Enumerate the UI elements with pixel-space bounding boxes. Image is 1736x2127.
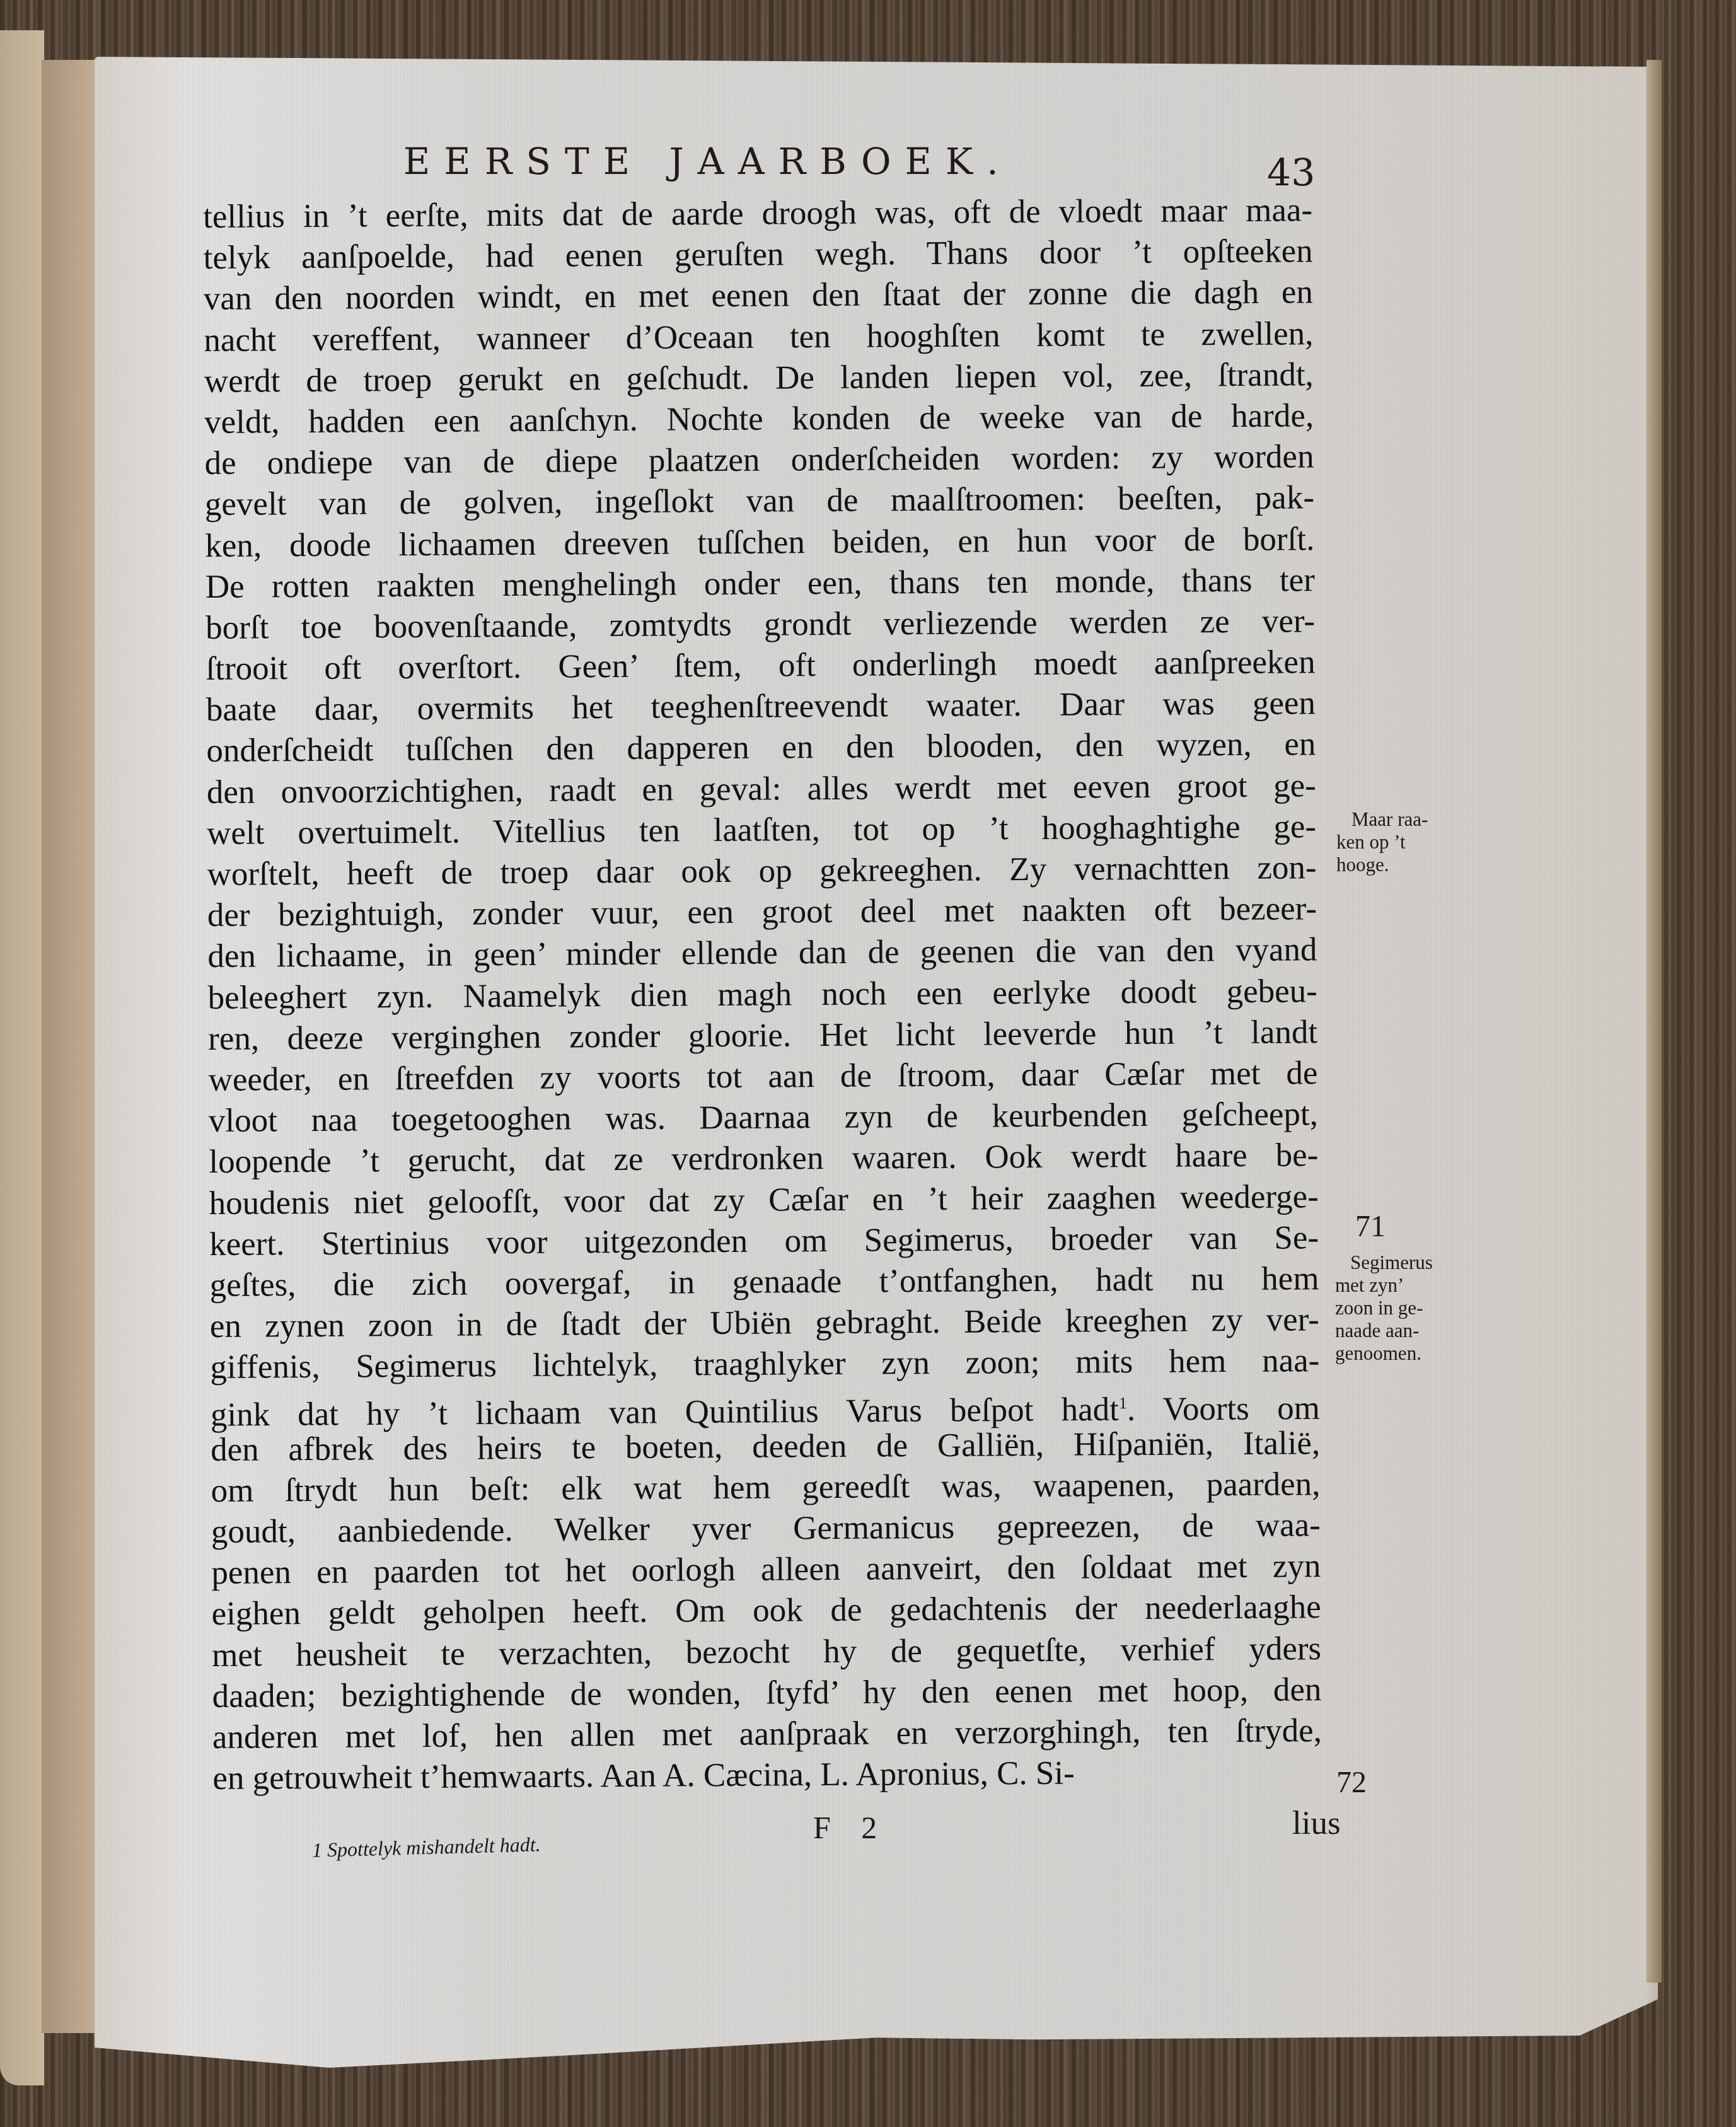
text-line: gevelt van de golven, ingeſlokt van de m… [205,478,1314,526]
text-line: de ondiepe van de diepe plaatzen onderſc… [204,436,1314,484]
text-line: den onvoorzichtighen, raadt en geval: al… [207,765,1316,813]
text-line: vloot naa toegetooghen was. Daarnaa zyn … [209,1094,1318,1142]
margin-note-line: naade aan- [1335,1319,1433,1342]
text-line: veldt, hadden een aanſchyn. Nochte konde… [204,395,1314,443]
text-line: daaden; bezightighende de wonden, ſtyfd’… [212,1669,1321,1717]
text-line: houdenis niet geloofſt, voor dat zy Cæſa… [209,1176,1319,1224]
text-line: en getrouwheit t’hemwaarts. Aan A. Cæcin… [212,1751,1322,1799]
text-line: worſtelt, heeft de troep daar ook op gek… [207,847,1316,895]
text-line: nacht vereffent, wanneer d’Oceaan ten ho… [204,313,1313,361]
text-line: den afbrek des heirs te boeten, deeden d… [211,1423,1320,1471]
margin-note-line: ken op ’t [1336,831,1428,854]
margin-note-line: Maar raa- [1336,808,1428,831]
text-line: telyk aanſpoelde, had eenen geruſten weg… [203,231,1312,279]
text-line: tellius in ’t eerſte, mits dat de aarde … [203,190,1312,238]
text-line: welt overtuimelt. Vitellius ten laatſten… [207,806,1316,854]
text-line: ſtrooit oft overſtort. Geen’ ſtem, oft o… [205,642,1315,690]
text-line: werdt de troep gerukt en geſchudt. De la… [204,354,1314,402]
text-line: baate daar, overmits het teeghenſtreeven… [206,683,1316,731]
catchword: lius [1292,1804,1341,1842]
chapter-number: 72 [1336,1765,1367,1800]
text-line: borſt toe boovenſtaande, zomtydts grondt… [205,601,1315,649]
margin-note: Maar raa- ken op ’t hooge. [1336,808,1428,876]
running-title: EERSTE JAARBOEK. [403,140,1286,183]
page-fore-edge [1646,60,1662,1983]
text-line: der bezightuigh, zonder vuur, een groot … [207,888,1317,936]
text-segment: . Voorts om [1127,1390,1320,1428]
text-line: gink dat hy ’t lichaam van Quintilius Va… [211,1382,1320,1430]
text-line: eighen geldt geholpen heeft. Om ook de g… [212,1587,1321,1635]
margin-note: Segimerus met zyn’ zoon in ge- naade aan… [1335,1251,1433,1365]
text-line: weeder, en ſtreefden zy voorts tot aan d… [208,1053,1317,1101]
margin-note-line: Segimerus [1335,1251,1433,1274]
text-line: den lichaame, in geen’ minder ellende da… [207,930,1317,978]
text-line: De rotten raakten menghelingh onder een,… [205,560,1315,608]
text-line: keert. Stertinius voor uitgezonden om Se… [209,1217,1319,1265]
text-line: geſtes, die zich oovergaf, in genaade t’… [209,1258,1319,1306]
text-line: penen en paarden tot het oorlogh alleen … [211,1546,1321,1594]
margin-note-line: met zyn’ [1335,1274,1433,1297]
text-line: ren, deeze verginghen zonder gloorie. He… [208,1012,1317,1060]
book-cover-edge [0,30,44,2085]
text-line: van den noorden windt, en met eenen den … [204,272,1313,320]
text-line: giffenis, Segimerus lichtelyk, traaghlyk… [210,1340,1319,1388]
signature-mark: F 2 [813,1809,888,1846]
margin-note-line: zoon in ge- [1335,1297,1433,1319]
text-line: loopende ’t gerucht, dat ze verdronken w… [209,1135,1318,1183]
text-line: beleeghert zyn. Naamelyk dien magh noch … [208,971,1317,1019]
text-line: om ſtrydt hun beſt: elk wat hem gereedſt… [211,1464,1320,1512]
text-line: goudt, aanbiedende. Welker yver Germanic… [211,1505,1321,1553]
margin-note-line: genoomen. [1335,1342,1433,1365]
text-line: met heusheit te verzachten, bezocht hy d… [212,1628,1321,1676]
text-line: anderen met lof, hen allen met aanſpraak… [212,1710,1322,1758]
text-line: en zynen zoon in de ſtadt der Ubiën gebr… [210,1299,1319,1347]
body-text: tellius in ’t eerſte, mits dat de aarde … [203,190,1322,1799]
page-number: 43 [1267,151,1315,195]
text-line: ken, doode lichaamen dreeven tuſſchen be… [205,519,1314,567]
footnote-mark: 1 [1119,1394,1127,1413]
chapter-number: 71 [1355,1209,1386,1244]
text-line: onderſcheidt tuſſchen den dapperen en de… [206,724,1316,772]
margin-note-line: hooge. [1336,854,1428,876]
